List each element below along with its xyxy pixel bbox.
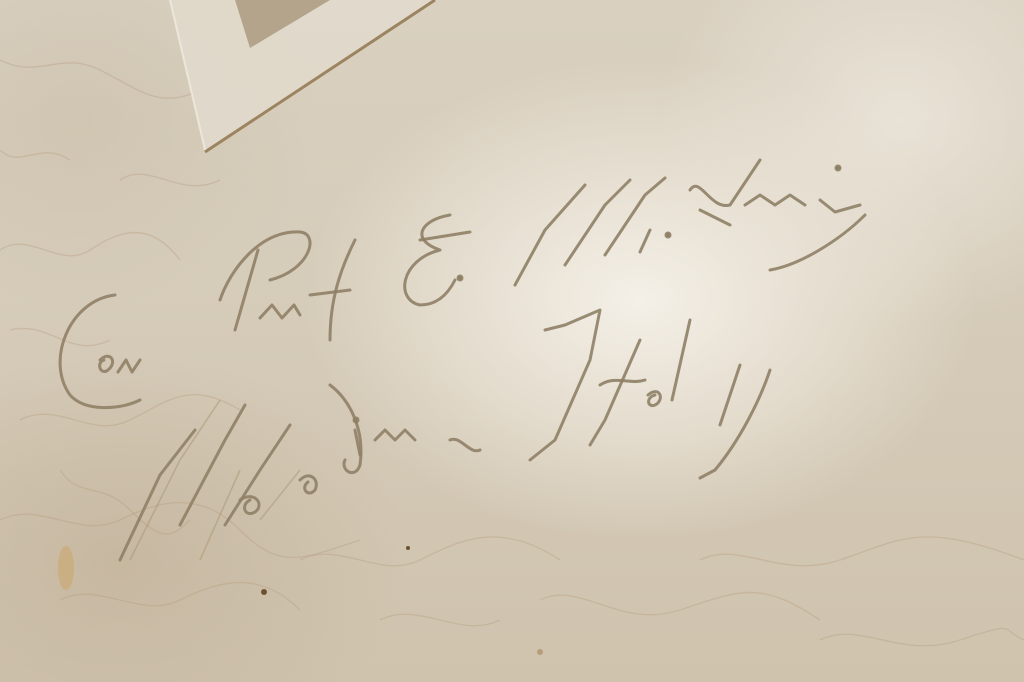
incised-inscription [0,0,1024,682]
alabaster-surface: Con. Prof. E. McHoriz Made in Italy [0,0,1024,682]
